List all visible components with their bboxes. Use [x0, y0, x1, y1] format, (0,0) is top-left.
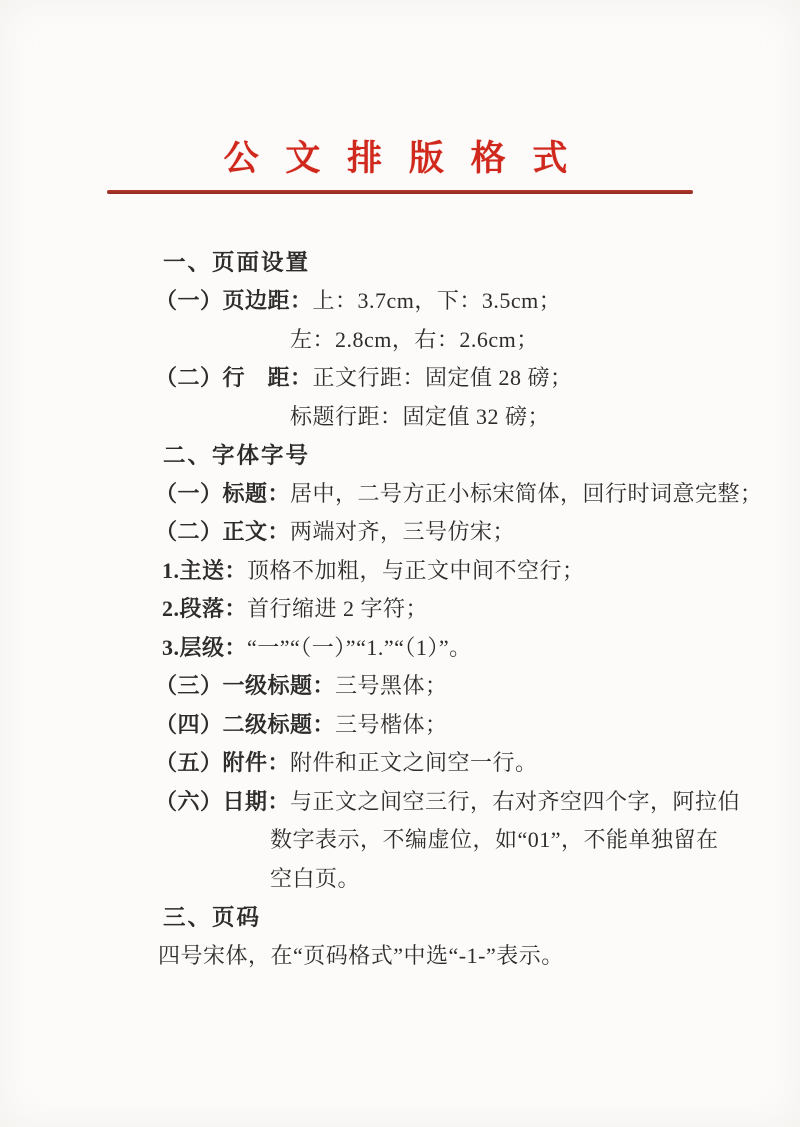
item-label: （四）二级标题：: [155, 708, 335, 739]
item-line-spacing-continuation: 标题行距：固定值 32 磅；: [155, 396, 710, 435]
item-text: 与正文之间空三行，右对齐空四个字，阿拉伯: [290, 785, 740, 816]
item-text: 两端对齐，三号仿宋；: [290, 515, 515, 546]
item-line-spacing: （二）行 距： 正文行距：固定值 28 磅；: [155, 358, 710, 397]
item-label: 3.层级：: [162, 631, 247, 662]
item-text: 上：3.7cm，下：3.5cm；: [313, 284, 562, 315]
item-level1-heading: （三）一级标题： 三号黑体；: [155, 666, 710, 705]
item-attachment: （五）附件： 附件和正文之间空一行。: [155, 743, 710, 782]
section-heading-fonts: 二、字体字号: [155, 435, 710, 474]
item-text: 首行缩进 2 字符；: [247, 592, 428, 623]
section-heading-page-number: 三、页码: [155, 897, 710, 936]
document-body: 一、页面设置 （一）页边距： 上：3.7cm，下：3.5cm； 左：2.8cm，…: [0, 242, 800, 974]
item-text: 三号黑体；: [335, 669, 448, 700]
item-page-margins: （一）页边距： 上：3.7cm，下：3.5cm；: [155, 281, 710, 320]
item-page-margins-continuation: 左：2.8cm，右：2.6cm；: [155, 319, 710, 358]
page-number-body-text: 四号宋体，在“页码格式”中选“-1-”表示。: [155, 935, 710, 974]
item-label: （三）一级标题：: [155, 669, 335, 700]
item-main-recipient: 1.主送： 顶格不加粗，与正文中间不空行；: [155, 550, 710, 589]
item-date: （六）日期： 与正文之间空三行，右对齐空四个字，阿拉伯: [155, 781, 710, 820]
item-text: 顶格不加粗，与正文中间不空行；: [247, 554, 585, 585]
item-level2-heading: （四）二级标题： 三号楷体；: [155, 704, 710, 743]
item-label: （一）标题：: [155, 477, 290, 508]
section-heading-page-setup: 一、页面设置: [155, 242, 710, 281]
item-text: 三号楷体；: [335, 708, 448, 739]
item-paragraph: 2.段落： 首行缩进 2 字符；: [155, 589, 710, 628]
item-label: 2.段落：: [162, 592, 247, 623]
item-label: （五）附件：: [155, 746, 290, 777]
item-label: （一）页边距：: [155, 284, 313, 315]
item-label: 1.主送：: [162, 554, 247, 585]
item-text: 居中，二号方正小标宋简体，回行时词意完整；: [290, 477, 763, 508]
item-doc-title-format: （一）标题： 居中，二号方正小标宋简体，回行时词意完整；: [155, 473, 710, 512]
item-date-continuation-1: 数字表示，不编虚位，如“01”，不能单独留在: [155, 820, 710, 859]
item-label: （二）行 距：: [155, 361, 313, 392]
item-text: 正文行距：固定值 28 磅；: [313, 361, 573, 392]
item-hierarchy: 3.层级： “一”“（一）”“1.”“（1）”。: [155, 627, 710, 666]
item-text: “一”“（一）”“1.”“（1）”。: [247, 631, 472, 662]
item-text: 附件和正文之间空一行。: [290, 746, 538, 777]
item-body-text-format: （二）正文： 两端对齐，三号仿宋；: [155, 512, 710, 551]
title-underline-rule: [107, 190, 693, 194]
item-date-continuation-2: 空白页。: [155, 858, 710, 897]
item-label: （二）正文：: [155, 515, 290, 546]
document-page: 公 文 排 版 格 式 一、页面设置 （一）页边距： 上：3.7cm，下：3.5…: [0, 0, 800, 1127]
document-title: 公 文 排 版 格 式: [0, 0, 800, 181]
item-label: （六）日期：: [155, 785, 290, 816]
